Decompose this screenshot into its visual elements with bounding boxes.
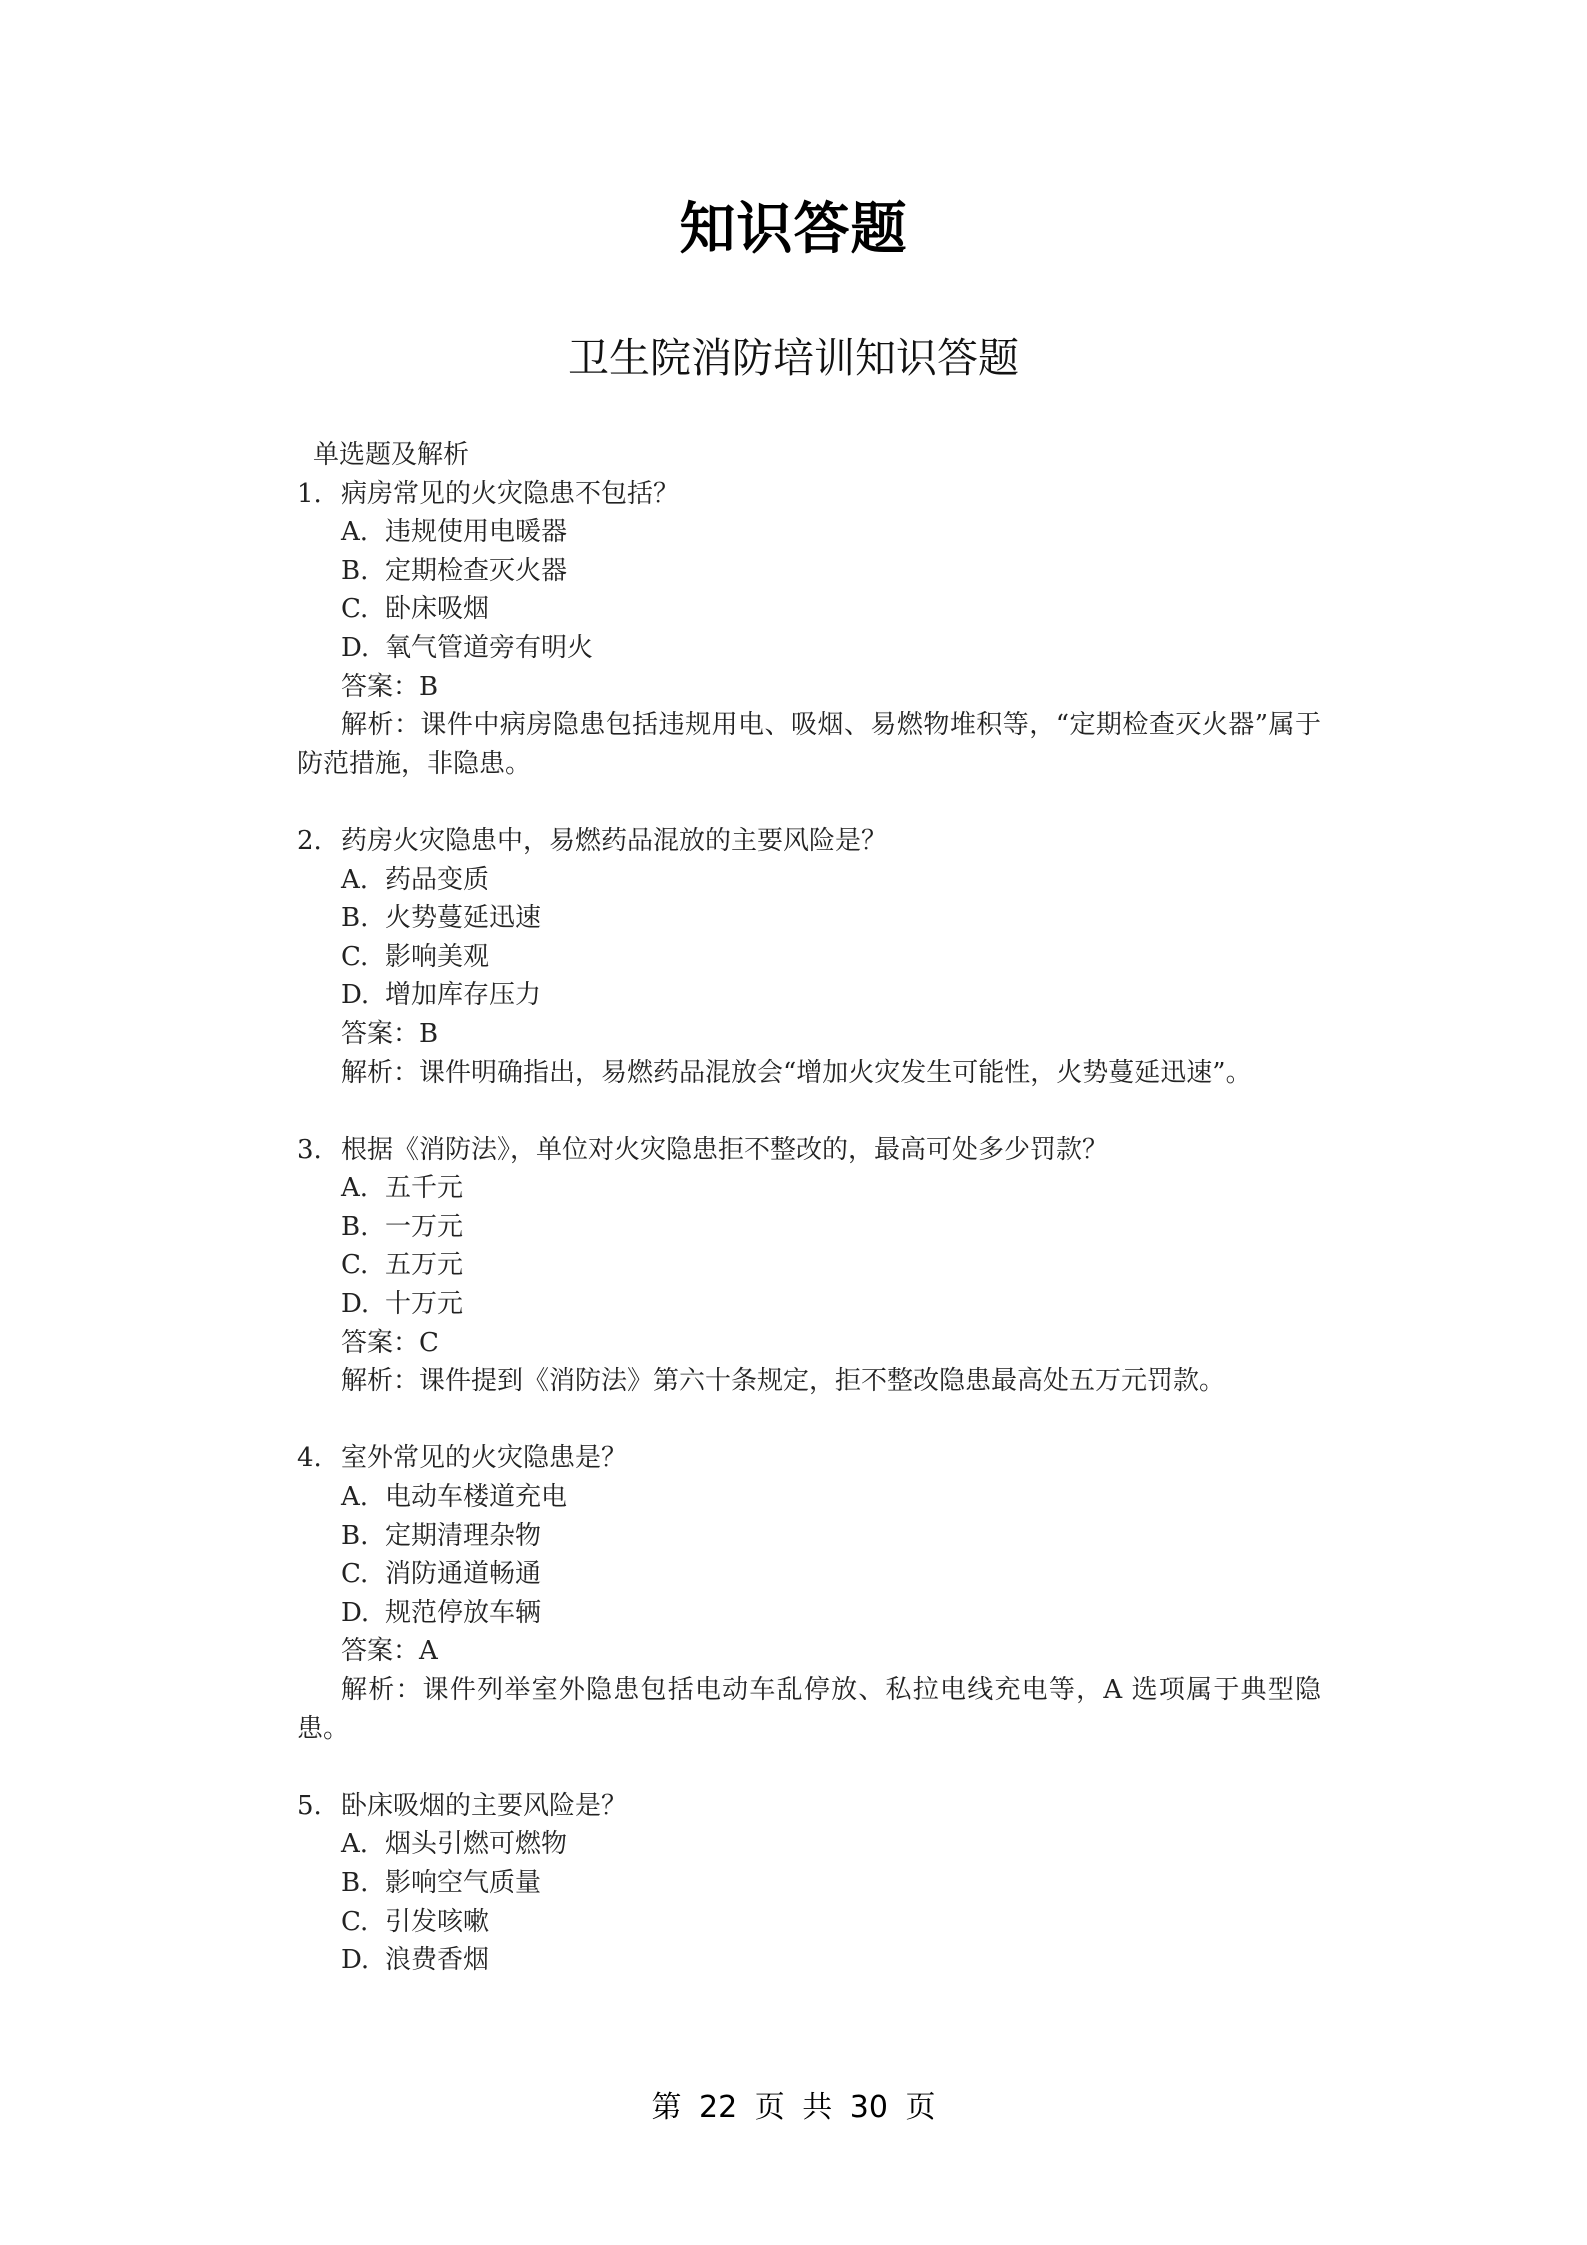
option-text: 增加库存压力 [385,976,541,1015]
option-letter: A. [341,1825,385,1864]
analysis-paragraph: 解析：课件中病房隐患包括违规用电、吸烟、易燃物堆积等，“定期检查灭火器”属于防范… [297,706,1327,783]
question-4: 4. 室外常见的火灾隐患是？ A.电动车楼道充电 B.定期清理杂物 C.消防通道… [297,1439,1327,1748]
option-c: C.五万元 [297,1246,1327,1285]
option-letter: C. [341,590,385,629]
option-text: 药品变质 [385,861,489,900]
option-text: 影响美观 [385,938,489,977]
option-letter: B. [341,1208,385,1247]
document-subtitle: 卫生院消防培训知识答题 [0,330,1587,386]
answer-line: 答案：B [297,1015,1327,1054]
option-text: 氧气管道旁有明火 [385,629,593,668]
option-b: B.影响空气质量 [297,1864,1327,1903]
answer-line: 答案：B [297,668,1327,707]
analysis-paragraph: 解析：课件列举室外隐患包括电动车乱停放、私拉电线充电等，A 选项属于典型隐患。 [297,1671,1327,1748]
option-text: 五千元 [385,1169,463,1208]
option-text: 消防通道畅通 [385,1555,541,1594]
option-b: B.火势蔓延迅速 [297,899,1327,938]
option-text: 浪费香烟 [385,1941,489,1980]
option-letter: D. [341,976,385,1015]
analysis-paragraph: 解析：课件明确指出，易燃药品混放会“增加火灾发生可能性，火势蔓延迅速”。 [297,1054,1327,1093]
option-letter: C. [341,1555,385,1594]
question-number: 5. [297,1787,341,1826]
page-number-footer: 第 22 页 共 30 页 [0,2088,1587,2128]
question-2: 2. 药房火灾隐患中，易燃药品混放的主要风险是？ A.药品变质 B.火势蔓延迅速… [297,822,1327,1092]
question-text: 室外常见的火灾隐患是？ [341,1439,627,1478]
option-c: C.影响美观 [297,938,1327,977]
option-b: B.定期清理杂物 [297,1517,1327,1556]
option-text: 火势蔓延迅速 [385,899,541,938]
option-a: A.烟头引燃可燃物 [297,1825,1327,1864]
question-stem: 2. 药房火灾隐患中，易燃药品混放的主要风险是？ [297,822,1327,861]
question-stem: 5. 卧床吸烟的主要风险是？ [297,1787,1327,1826]
answer-line: 答案：C [297,1324,1327,1363]
option-text: 卧床吸烟 [385,590,489,629]
question-stem: 1. 病房常见的火灾隐患不包括？ [297,475,1327,514]
analysis-paragraph: 解析：课件提到《消防法》第六十条规定，拒不整改隐患最高处五万元罚款。 [297,1362,1327,1401]
option-letter: C. [341,1903,385,1942]
option-letter: A. [341,1169,385,1208]
option-text: 违规使用电暖器 [385,513,567,552]
option-text: 五万元 [385,1246,463,1285]
option-letter: C. [341,938,385,977]
question-number: 4. [297,1439,341,1478]
option-b: B.一万元 [297,1208,1327,1247]
question-number: 3. [297,1131,341,1170]
question-5: 5. 卧床吸烟的主要风险是？ A.烟头引燃可燃物 B.影响空气质量 C.引发咳嗽… [297,1787,1327,1980]
option-c: C.卧床吸烟 [297,590,1327,629]
option-a: A.电动车楼道充电 [297,1478,1327,1517]
section-label: 单选题及解析 [297,436,1327,475]
page-title: 知识答题 [0,195,1587,265]
option-letter: A. [341,861,385,900]
option-a: A.五千元 [297,1169,1327,1208]
option-letter: D. [341,1941,385,1980]
option-c: C.消防通道畅通 [297,1555,1327,1594]
question-text: 卧床吸烟的主要风险是？ [341,1787,627,1826]
question-text: 药房火灾隐患中，易燃药品混放的主要风险是？ [341,822,887,861]
question-list: 单选题及解析 1. 病房常见的火灾隐患不包括？ A.违规使用电暖器 B.定期检查… [297,436,1327,1980]
option-text: 烟头引燃可燃物 [385,1825,567,1864]
option-letter: D. [341,1285,385,1324]
option-d: D.十万元 [297,1285,1327,1324]
option-letter: D. [341,1594,385,1633]
option-text: 定期清理杂物 [385,1517,541,1556]
option-letter: D. [341,629,385,668]
option-a: A.药品变质 [297,861,1327,900]
option-b: B.定期检查灭火器 [297,552,1327,591]
question-3: 3. 根据《消防法》，单位对火灾隐患拒不整改的，最高可处多少罚款？ A.五千元 … [297,1131,1327,1401]
option-text: 十万元 [385,1285,463,1324]
option-text: 规范停放车辆 [385,1594,541,1633]
question-number: 1. [297,475,341,514]
option-letter: C. [341,1246,385,1285]
answer-line: 答案：A [297,1632,1327,1671]
option-d: D.氧气管道旁有明火 [297,629,1327,668]
question-stem: 3. 根据《消防法》，单位对火灾隐患拒不整改的，最高可处多少罚款？ [297,1131,1327,1170]
question-number: 2. [297,822,341,861]
question-text: 病房常见的火灾隐患不包括？ [341,475,679,514]
option-letter: B. [341,552,385,591]
option-d: D.规范停放车辆 [297,1594,1327,1633]
option-text: 引发咳嗽 [385,1903,489,1942]
question-1: 1. 病房常见的火灾隐患不包括？ A.违规使用电暖器 B.定期检查灭火器 C.卧… [297,475,1327,784]
question-stem: 4. 室外常见的火灾隐患是？ [297,1439,1327,1478]
option-letter: B. [341,1864,385,1903]
option-letter: B. [341,1517,385,1556]
question-text: 根据《消防法》，单位对火灾隐患拒不整改的，最高可处多少罚款？ [341,1131,1108,1170]
option-text: 影响空气质量 [385,1864,541,1903]
option-text: 电动车楼道充电 [385,1478,567,1517]
option-letter: A. [341,1478,385,1517]
option-text: 一万元 [385,1208,463,1247]
option-text: 定期检查灭火器 [385,552,567,591]
option-d: D.增加库存压力 [297,976,1327,1015]
option-a: A.违规使用电暖器 [297,513,1327,552]
option-c: C.引发咳嗽 [297,1903,1327,1942]
option-letter: A. [341,513,385,552]
option-letter: B. [341,899,385,938]
option-d: D.浪费香烟 [297,1941,1327,1980]
